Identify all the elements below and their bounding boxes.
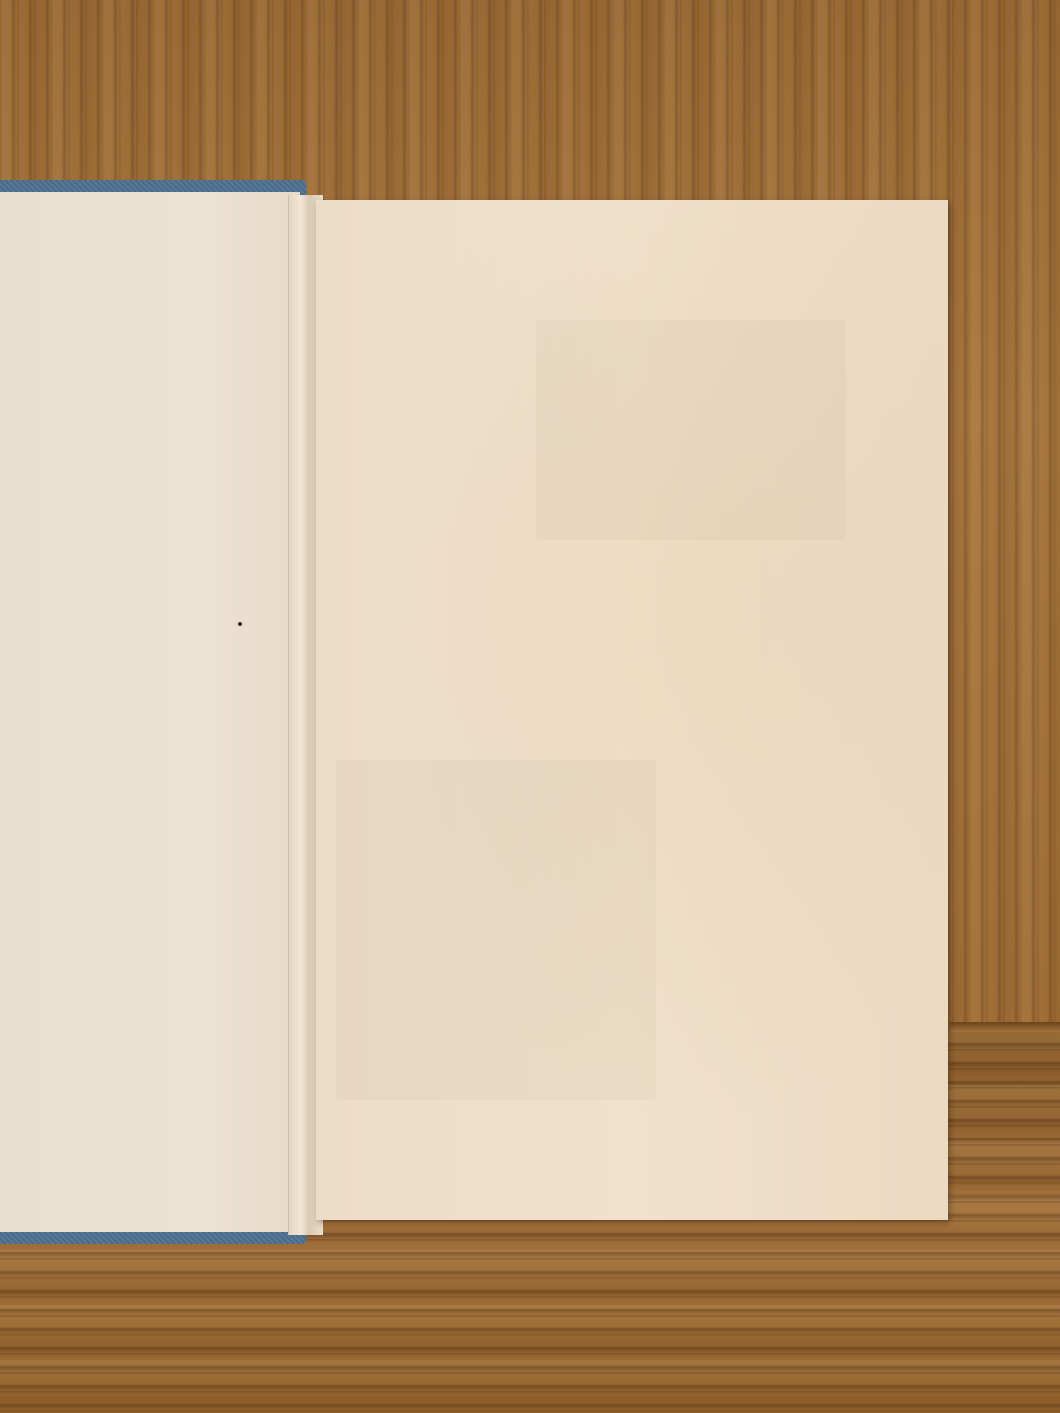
- right-blank-page: [316, 200, 948, 1220]
- left-endpaper: [0, 192, 300, 1232]
- show-through-text-bottom: [336, 760, 656, 1100]
- table-edge: [950, 1022, 1060, 1032]
- page-speck: [238, 622, 242, 626]
- show-through-text-top: [536, 320, 846, 540]
- photo-scene: [0, 0, 1060, 1413]
